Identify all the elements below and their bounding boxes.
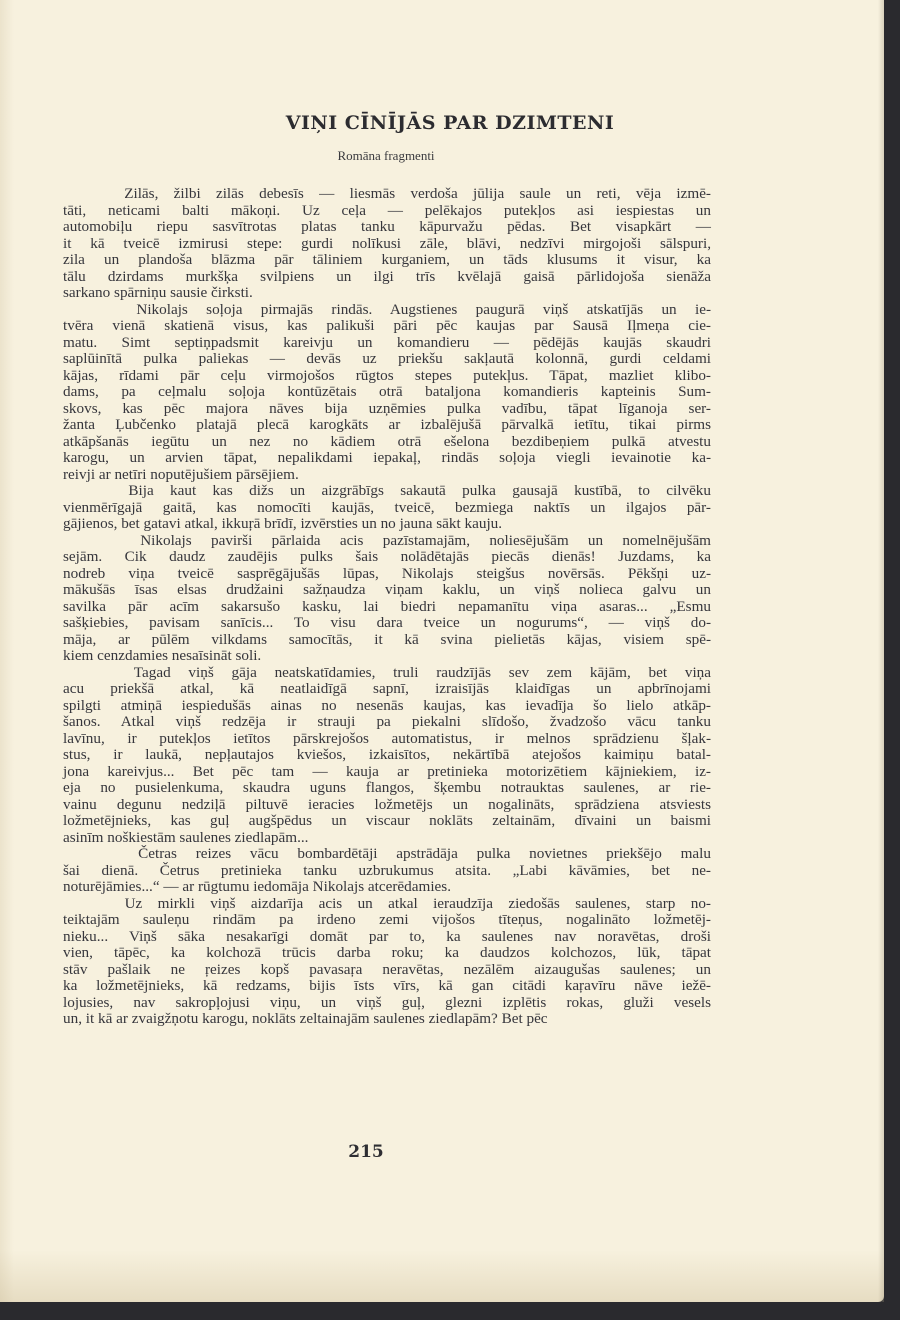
text-line: Uz mirkli viņš aizdarīja acis un atkal i…	[63, 896, 711, 913]
paragraph: Zilās, žilbi zilās debesīs — liesmās ver…	[63, 186, 711, 302]
text-line: nieku... Viņš sāka nesakarīgi domāt par …	[63, 929, 711, 946]
text-line: šai dienā. Četrus pretinieka tanku uzbru…	[63, 863, 711, 880]
text-line: Nikolajs pavirši pārlaida acis pazīstama…	[63, 533, 711, 550]
text-line: mākušās īsas elsas drudžaini sažņaudza v…	[63, 582, 711, 599]
body-text: Zilās, žilbi zilās debesīs — liesmās ver…	[63, 186, 711, 1028]
paragraph: Četras reizes vācu bombardētāji apstrādā…	[63, 846, 711, 896]
text-line: atkāpšanās iegūtu un nez no kādiem otrā …	[63, 434, 711, 451]
text-line: asinīm noškiestām saulenes ziedlapām...	[63, 830, 711, 847]
text-line: spilgti atmiņā iespiedušās ainas no nese…	[63, 698, 711, 715]
text-line: dams, pa ceļmalu soļoja kontūzētais otrā…	[63, 384, 711, 401]
text-line: it kā tveicē izmirusi stepe: gurdi nolīk…	[63, 236, 711, 253]
text-line: acu priekšā atkal, kā neatlaidīgā sapnī,…	[63, 681, 711, 698]
text-line: šanos. Atkal viņš redzēja ir strauji pa …	[63, 714, 711, 731]
text-line: Bija kaut kas dižs un aizgrābīgs sakautā…	[63, 483, 711, 500]
text-line: Nikolajs soļoja pirmajās rindās. Augstie…	[63, 302, 711, 319]
text-line: eja no pusielenkuma, skaudra uguns flang…	[63, 780, 711, 797]
page-edge-shadow	[878, 0, 884, 1302]
text-line: ložmetējnieks, kas guļ augšpēdus un visc…	[63, 813, 711, 830]
text-line: Zilās, žilbi zilās debesīs — liesmās ver…	[63, 186, 711, 203]
text-line: jona kareivjus... Bet pēc tam — kauja ar…	[63, 764, 711, 781]
text-line: savilka pār acīm sakarsušo kasku, lai bi…	[63, 599, 711, 616]
paragraph: Nikolajs pavirši pārlaida acis pazīstama…	[63, 533, 711, 665]
text-line: stus, ir laukā, nepļautajos kviešos, izk…	[63, 747, 711, 764]
page-number: 215	[0, 1142, 732, 1162]
paragraph: Uz mirkli viņš aizdarīja acis un atkal i…	[63, 896, 711, 1028]
paragraph: Bija kaut kas dižs un aizgrābīgs sakautā…	[63, 483, 711, 533]
text-line: tāti, neticami balti mākoņi. Uz ceļa — p…	[63, 203, 711, 220]
text-line: reivji ar netīri noputējušiem pārsējiem.	[63, 467, 711, 484]
text-line: automobiļu riepu sasvītrotas platas tank…	[63, 219, 711, 236]
text-line: lavīnu, ir putekļos ietītos pārskrejošos…	[63, 731, 711, 748]
text-line: Četras reizes vācu bombardētāji apstrādā…	[63, 846, 711, 863]
text-line: vainu degunu nedziļā piltuvē ieracies lo…	[63, 797, 711, 814]
chapter-title: VIŅI CĪNĪJĀS PAR DZIMTENI	[0, 112, 900, 134]
book-page: VIŅI CĪNĪJĀS PAR DZIMTENI Romāna fragmen…	[0, 0, 884, 1302]
text-line: karogu, un arvien tāpat, nepalikdami iep…	[63, 450, 711, 467]
paragraph: Nikolajs soļoja pirmajās rindās. Augstie…	[63, 302, 711, 484]
text-line: matu. Simt septiņpadsmit kareivju un kom…	[63, 335, 711, 352]
text-line: stāv pašlaik ne ŗeizes kopš pavasaŗa ner…	[63, 962, 711, 979]
text-line: tvēra vienā skatienā visus, kas palikuši…	[63, 318, 711, 335]
text-line: zila un plandoša blāzma pār tāliniem kur…	[63, 252, 711, 269]
text-line: kājas, rīdami pār ceļu virmojošos rūgtos…	[63, 368, 711, 385]
text-line: nodreb viņa tveicē sasprēgājušās lūpas, …	[63, 566, 711, 583]
text-line: skovs, kas pēc majora nāves bija uzņēmie…	[63, 401, 711, 418]
paragraph: Tagad viņš gāja neatskatīdamies, truli r…	[63, 665, 711, 847]
text-line: noturējāmies...“ — ar rūgtumu iedomāja N…	[63, 879, 711, 896]
text-line: tālu dzirdams murkšķa svilpiens un ilgi …	[63, 269, 711, 286]
text-line: māja, ar pūlēm vilkdams samocītās, it kā…	[63, 632, 711, 649]
text-line: Tagad viņš gāja neatskatīdamies, truli r…	[63, 665, 711, 682]
text-line: sašķiebies, pavisam sanīcis... To visu d…	[63, 615, 711, 632]
text-line: un, it kā ar zvaigžņotu karogu, noklāts …	[63, 1011, 711, 1028]
text-line: lojusies, nav sakropļojusi viņu, un viņš…	[63, 995, 711, 1012]
text-line: saplūinītā pulka paliekas — devās uz pri…	[63, 351, 711, 368]
text-line: gājienos, bet gatavi atkal, ikkuŗā brīdī…	[63, 516, 711, 533]
text-line: sejām. Cik daudz zaudējis pulks šais nol…	[63, 549, 711, 566]
text-line: ka ložmetējnieks, kā redzams, bijis īsts…	[63, 978, 711, 995]
text-line: žanta Ļubčenko platajā plecā karogkāts a…	[63, 417, 711, 434]
text-line: kiem cenzdamies nesaīsināt soli.	[63, 648, 711, 665]
text-line: vien, tāpēc, ka kolchozā trūcis darba ro…	[63, 945, 711, 962]
text-line: vienmērīgajā gaitā, kas nomocīti kaujās,…	[63, 500, 711, 517]
text-line: sarkano spārniņu sausie čirksti.	[63, 285, 711, 302]
chapter-subtitle: Romāna fragmenti	[0, 148, 772, 164]
text-line: teiktajām sauleņu rindām pa irdeno zemi …	[63, 912, 711, 929]
